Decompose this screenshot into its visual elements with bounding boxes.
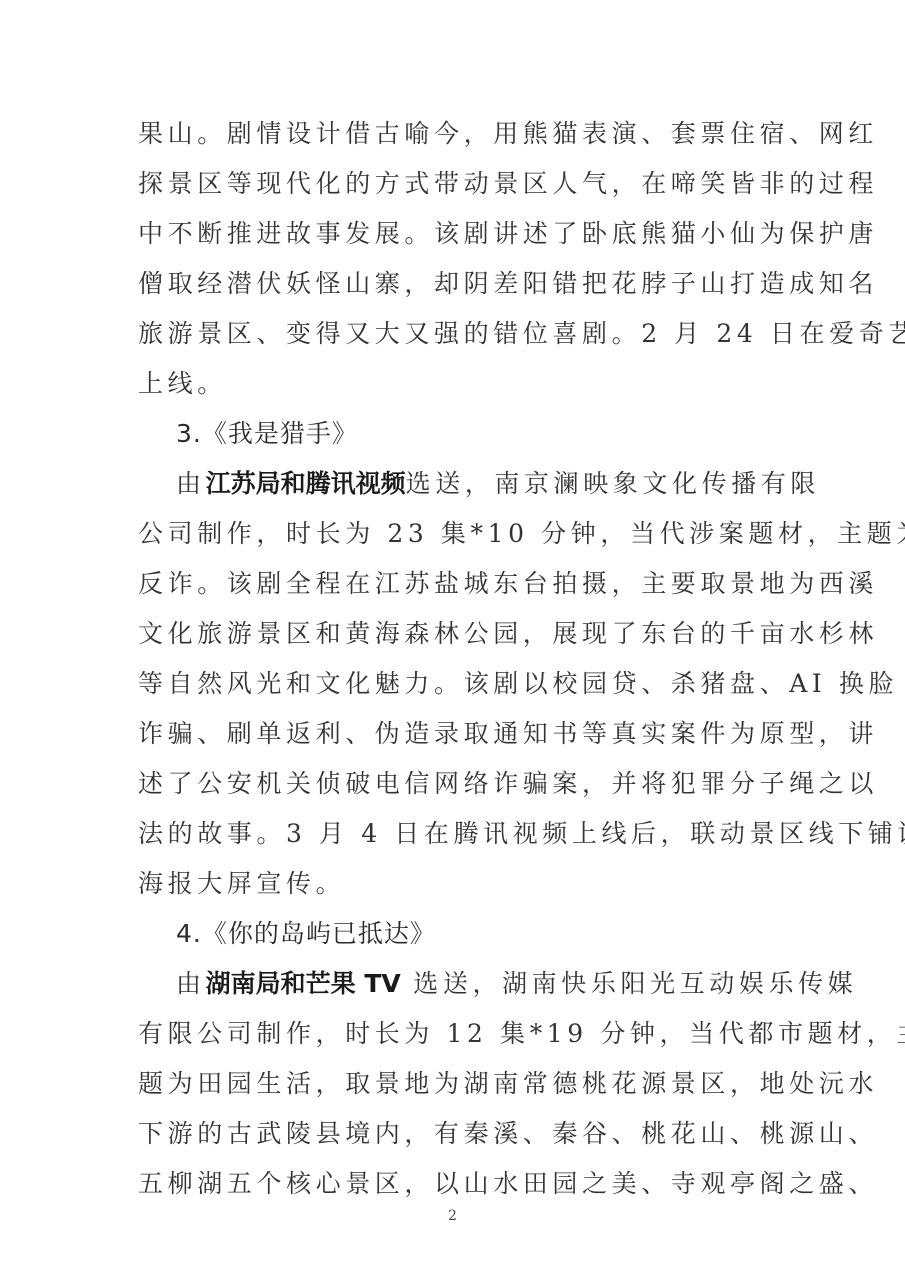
body-text-line: 海报大屏宣传。 — [138, 868, 345, 900]
body-text-line: 上线。 — [138, 368, 227, 400]
body-text-line: 反诈。该剧全程在江苏盐城东台拍摄，主要取景地为西溪 — [138, 568, 878, 600]
body-text-line: 等自然风光和文化魅力。该剧以校园贷、杀猪盘、AI 换脸 — [138, 668, 898, 700]
body-text-line: 法的故事。3 月 4 日在腾讯视频上线后，联动景区线下铺设 — [138, 818, 905, 850]
body-text-line: 文化旅游景区和黄海森林公园，展现了东台的千亩水杉林 — [138, 618, 878, 650]
body-text-line: 题为田园生活，取景地为湖南常德桃花源景区，地处沅水 — [138, 1068, 878, 1100]
section-4-first-line: 由湖南局和芒果 TV 选送，湖南快乐阳光互动娱乐传媒 — [176, 968, 857, 1000]
section-heading-4: 4.《你的岛屿已抵达》 — [176, 918, 436, 950]
body-text-line: 五柳湖五个核心景区，以山水田园之美、寺观亭阁之盛、 — [138, 1168, 878, 1200]
body-text-line: 旅游景区、变得又大又强的错位喜剧。2 月 24 日在爱奇艺 — [138, 318, 905, 350]
body-text-line: 探景区等现代化的方式带动景区人气，在啼笑皆非的过程 — [138, 168, 878, 200]
text-prefix: 由 — [176, 469, 206, 498]
body-text-line: 下游的古武陵县境内，有秦溪、秦谷、桃花山、桃源山、 — [138, 1118, 878, 1150]
submitter-bold: 江苏局和腾讯视频 — [206, 469, 406, 498]
section-heading-3: 3.《我是猎手》 — [176, 418, 358, 450]
document-page: 果山。剧情设计借古喻今，用熊猫表演、套票住宿、网红 探景区等现代化的方式带动景区… — [0, 0, 905, 1280]
body-text-line: 僧取经潜伏妖怪山寨，却阴差阳错把花脖子山打造成知名 — [138, 268, 878, 300]
page-number: 2 — [0, 1208, 905, 1224]
body-text-line: 有限公司制作，时长为 12 集*19 分钟，当代都市题材，主 — [138, 1018, 905, 1050]
text-prefix: 由 — [176, 969, 206, 998]
section-3-first-line: 由江苏局和腾讯视频选送，南京澜映象文化传播有限 — [176, 468, 820, 500]
body-text-line: 诈骗、刷单返利、伪造录取通知书等真实案件为原型，讲 — [138, 718, 878, 750]
body-text-line: 中不断推进故事发展。该剧讲述了卧底熊猫小仙为保护唐 — [138, 218, 878, 250]
text-rest: 选送，湖南快乐阳光互动娱乐传媒 — [401, 969, 858, 998]
body-text-line: 述了公安机关侦破电信网络诈骗案，并将犯罪分子绳之以 — [138, 768, 878, 800]
text-rest: 选送，南京澜映象文化传播有限 — [406, 469, 820, 498]
body-text-line: 公司制作，时长为 23 集*10 分钟，当代涉案题材，主题为 — [138, 518, 905, 550]
submitter-bold: 湖南局和芒果 TV — [206, 969, 401, 998]
body-text-line: 果山。剧情设计借古喻今，用熊猫表演、套票住宿、网红 — [138, 118, 878, 150]
